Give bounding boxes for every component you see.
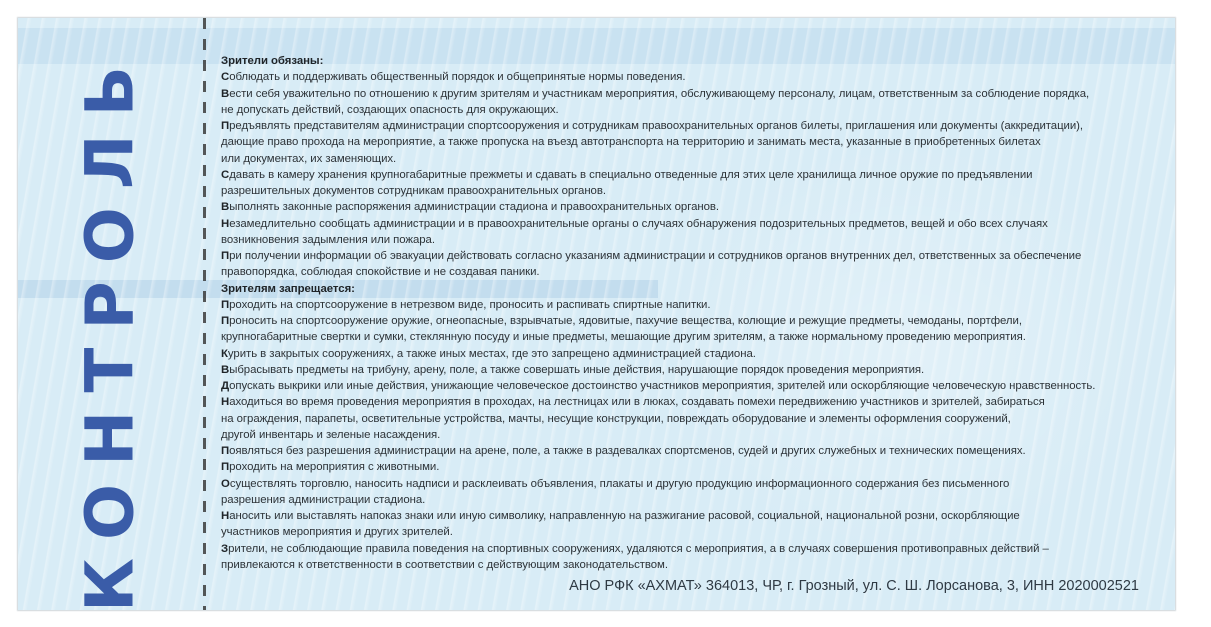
issuer-info: АНО РФК «АХМАТ» 364013, ЧР, г. Грозный, … [569,578,1139,594]
rule-item: Зрители, не соблюдающие правила поведени… [221,541,1156,557]
rule-item: Осуществлять торговлю, наносить надписи … [221,476,1156,492]
rule-item: Появляться без разрешения администрации … [221,443,1156,459]
section-heading: Зрителям запрещается: [221,281,1156,297]
rule-item: правопорядка, соблюдая спокойствие и не … [221,264,1156,280]
rule-item: разрешения администрации стадиона. [221,492,1156,508]
rule-item: Вести себя уважительно по отношению к др… [221,86,1156,102]
rule-item: Незамедлительно сообщать администрации и… [221,216,1156,232]
rule-item: Выполнять законные распоряжения админист… [221,199,1156,215]
rule-item: или документах, их заменяющих. [221,151,1156,167]
rule-item: разрешительных документов сотрудникам пр… [221,183,1156,199]
spectator-rules: Зрители обязаны:Соблюдать и поддерживать… [221,53,1156,573]
rule-item: на ограждения, парапеты, осветительные у… [221,411,1156,427]
rule-item: Сдавать в камеру хранения крупногабаритн… [221,167,1156,183]
rule-item: Наносить или выставлять напоказ знаки ил… [221,508,1156,524]
rule-item: Соблюдать и поддерживать общественный по… [221,69,1156,85]
rule-item: дающие право прохода на мероприятие, а т… [221,134,1156,150]
rule-item: Проходить на мероприятия с животными. [221,459,1156,475]
rule-item: Проносить на спортсооружение оружие, огн… [221,313,1156,329]
rule-item: Выбрасывать предметы на трибуну, арену, … [221,362,1156,378]
rule-item: другой инвентарь и зеленые насаждения. [221,427,1156,443]
rule-item: Допускать выкрики или иные действия, уни… [221,378,1156,394]
rule-item: не допускать действий, создающих опаснос… [221,102,1156,118]
rule-item: Проходить на спортсооружение в нетрезвом… [221,297,1156,313]
rule-item: При получении информации об эвакуации де… [221,248,1156,264]
rule-item: возникновения задымления или пожара. [221,232,1156,248]
rule-item: участников мероприятия и других зрителей… [221,524,1156,540]
rule-item: привлекаются к ответственности в соответ… [221,557,1156,573]
tear-off-perforation-line[interactable] [203,18,206,610]
rule-item: Предъявлять представителям администрации… [221,118,1156,134]
rule-item: Курить в закрытых сооружениях, а также и… [221,346,1156,362]
section-heading: Зрители обязаны: [221,53,1156,69]
control-stub-title: КОНТРОЛЬ [72,48,149,612]
rule-item: крупногабаритные свертки и сумки, стекля… [221,329,1156,345]
rule-item: Находиться во время проведения мероприят… [221,394,1156,410]
